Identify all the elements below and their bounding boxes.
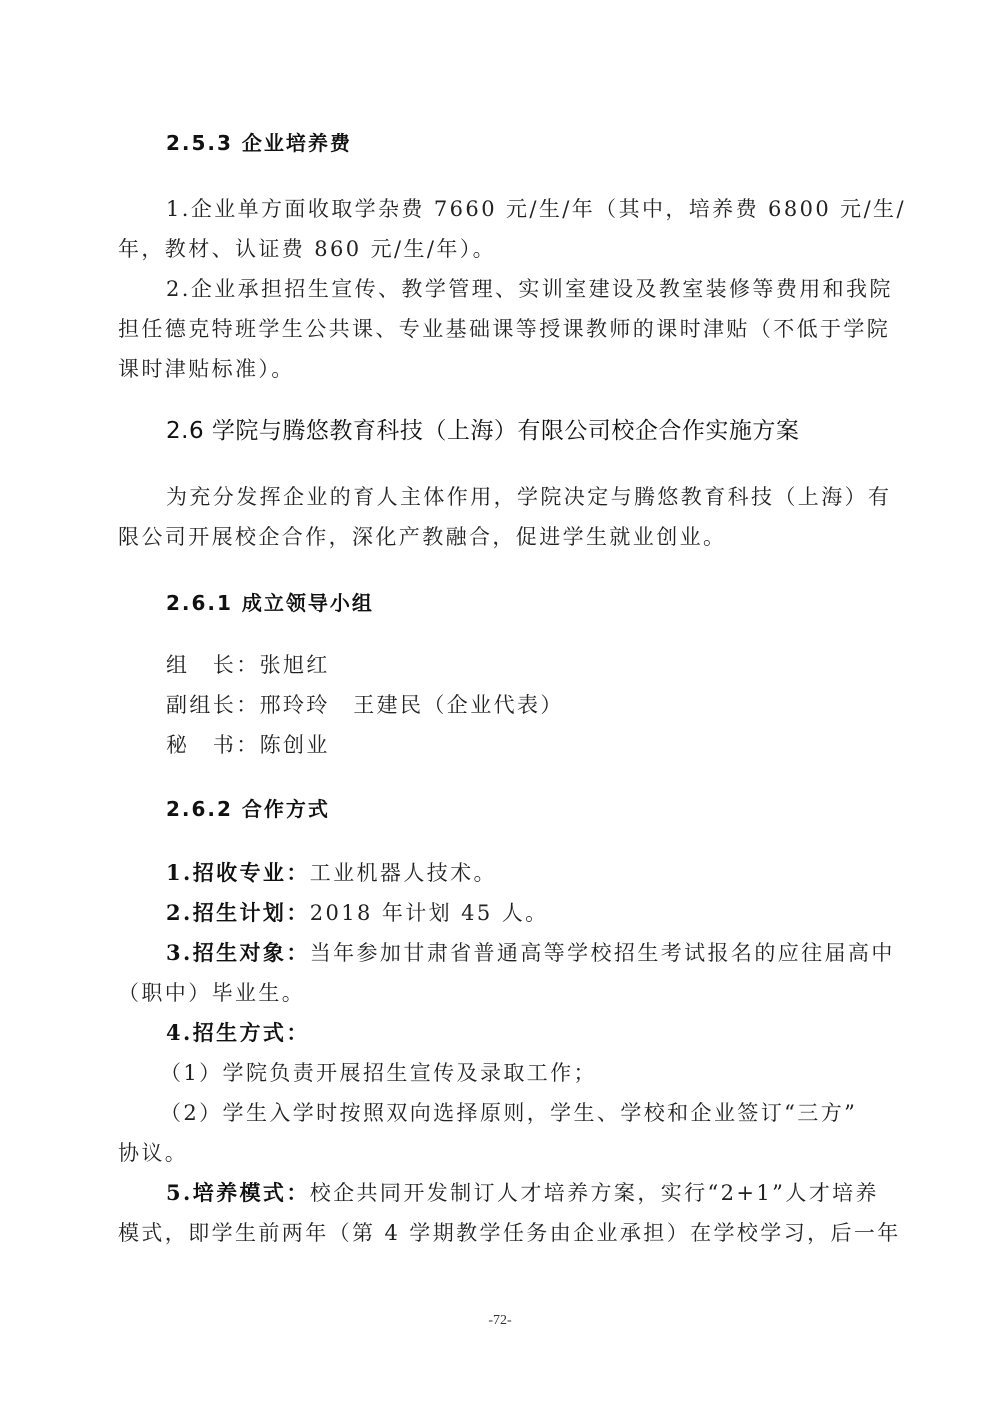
item-method-label: 4.招生方式： [166, 1018, 936, 1048]
document-page: 2.5.3 企业培养费 1.企业单方面收取学杂费 7660 元/生/年（其中，培… [0, 0, 1000, 1414]
paragraph-fee-line1: 1.企业单方面收取学杂费 7660 元/生/年（其中，培养费 6800 元/生/ [166, 194, 936, 224]
secretary-line: 秘 书：陈创业 [166, 730, 936, 760]
item-target-label: 3.招生对象： [166, 940, 310, 965]
item-mode-text: 校企共同开发制订人才培养方案，实行“2+1”人才培养 [310, 1181, 879, 1205]
deputy-leader-line: 副组长：邢玲玲 王建民（企业代表） [166, 690, 936, 720]
item-method-sub1: （1）学院负责开展招生宣传及录取工作； [160, 1058, 930, 1088]
heading-2-6-1: 2.6.1 成立领导小组 [166, 588, 936, 618]
item-plan-label: 2.招生计划： [166, 900, 310, 925]
item-target: 3.招生对象：当年参加甘肃省普通高等学校招生考试报名的应往届高中 [166, 938, 936, 968]
page-number: -72- [0, 1313, 1000, 1329]
item-mode-label: 5.培养模式： [166, 1180, 310, 1205]
item-target-text: 当年参加甘肃省普通高等学校招生考试报名的应往届高中 [310, 941, 895, 965]
item-mode: 5.培养模式：校企共同开发制订人才培养方案，实行“2+1”人才培养 [166, 1178, 936, 1208]
paragraph-costs-line1: 2.企业承担招生宣传、教学管理、实训室建设及教室装修等费用和我院 [166, 274, 936, 304]
item-target-line2: （职中）毕业生。 [118, 978, 888, 1008]
paragraph-costs-line2: 担任德克特班学生公共课、专业基础课等授课教师的课时津贴（不低于学院 [118, 314, 888, 344]
item-mode-line2: 模式，即学生前两年（第 4 学期教学任务由企业承担）在学校学习，后一年 [118, 1218, 888, 1248]
item-major: 1.招收专业：工业机器人技术。 [166, 858, 936, 888]
paragraph-costs-line3: 课时津贴标准）。 [118, 354, 888, 384]
item-method-sub2-line1: （2）学生入学时按照双向选择原则，学生、学校和企业签订“三方” [160, 1098, 930, 1128]
item-plan-text: 2018 年计划 45 人。 [310, 901, 549, 925]
intro-line1: 为充分发挥企业的育人主体作用，学院决定与腾悠教育科技（上海）有 [166, 482, 936, 512]
heading-2-5-3: 2.5.3 企业培养费 [166, 128, 936, 158]
heading-2-6: 2.6 学院与腾悠教育科技（上海）有限公司校企合作实施方案 [166, 416, 936, 446]
leader-line: 组 长：张旭红 [166, 650, 936, 680]
intro-line2: 限公司开展校企合作，深化产教融合，促进学生就业创业。 [118, 522, 888, 552]
paragraph-fee-line2: 年，教材、认证费 860 元/生/年）。 [118, 234, 888, 264]
item-plan: 2.招生计划：2018 年计划 45 人。 [166, 898, 936, 928]
item-major-text: 工业机器人技术。 [310, 861, 497, 885]
heading-2-6-2: 2.6.2 合作方式 [166, 794, 936, 824]
item-major-label: 1.招收专业： [166, 860, 310, 885]
item-method-sub2-line2: 协议。 [118, 1138, 888, 1168]
